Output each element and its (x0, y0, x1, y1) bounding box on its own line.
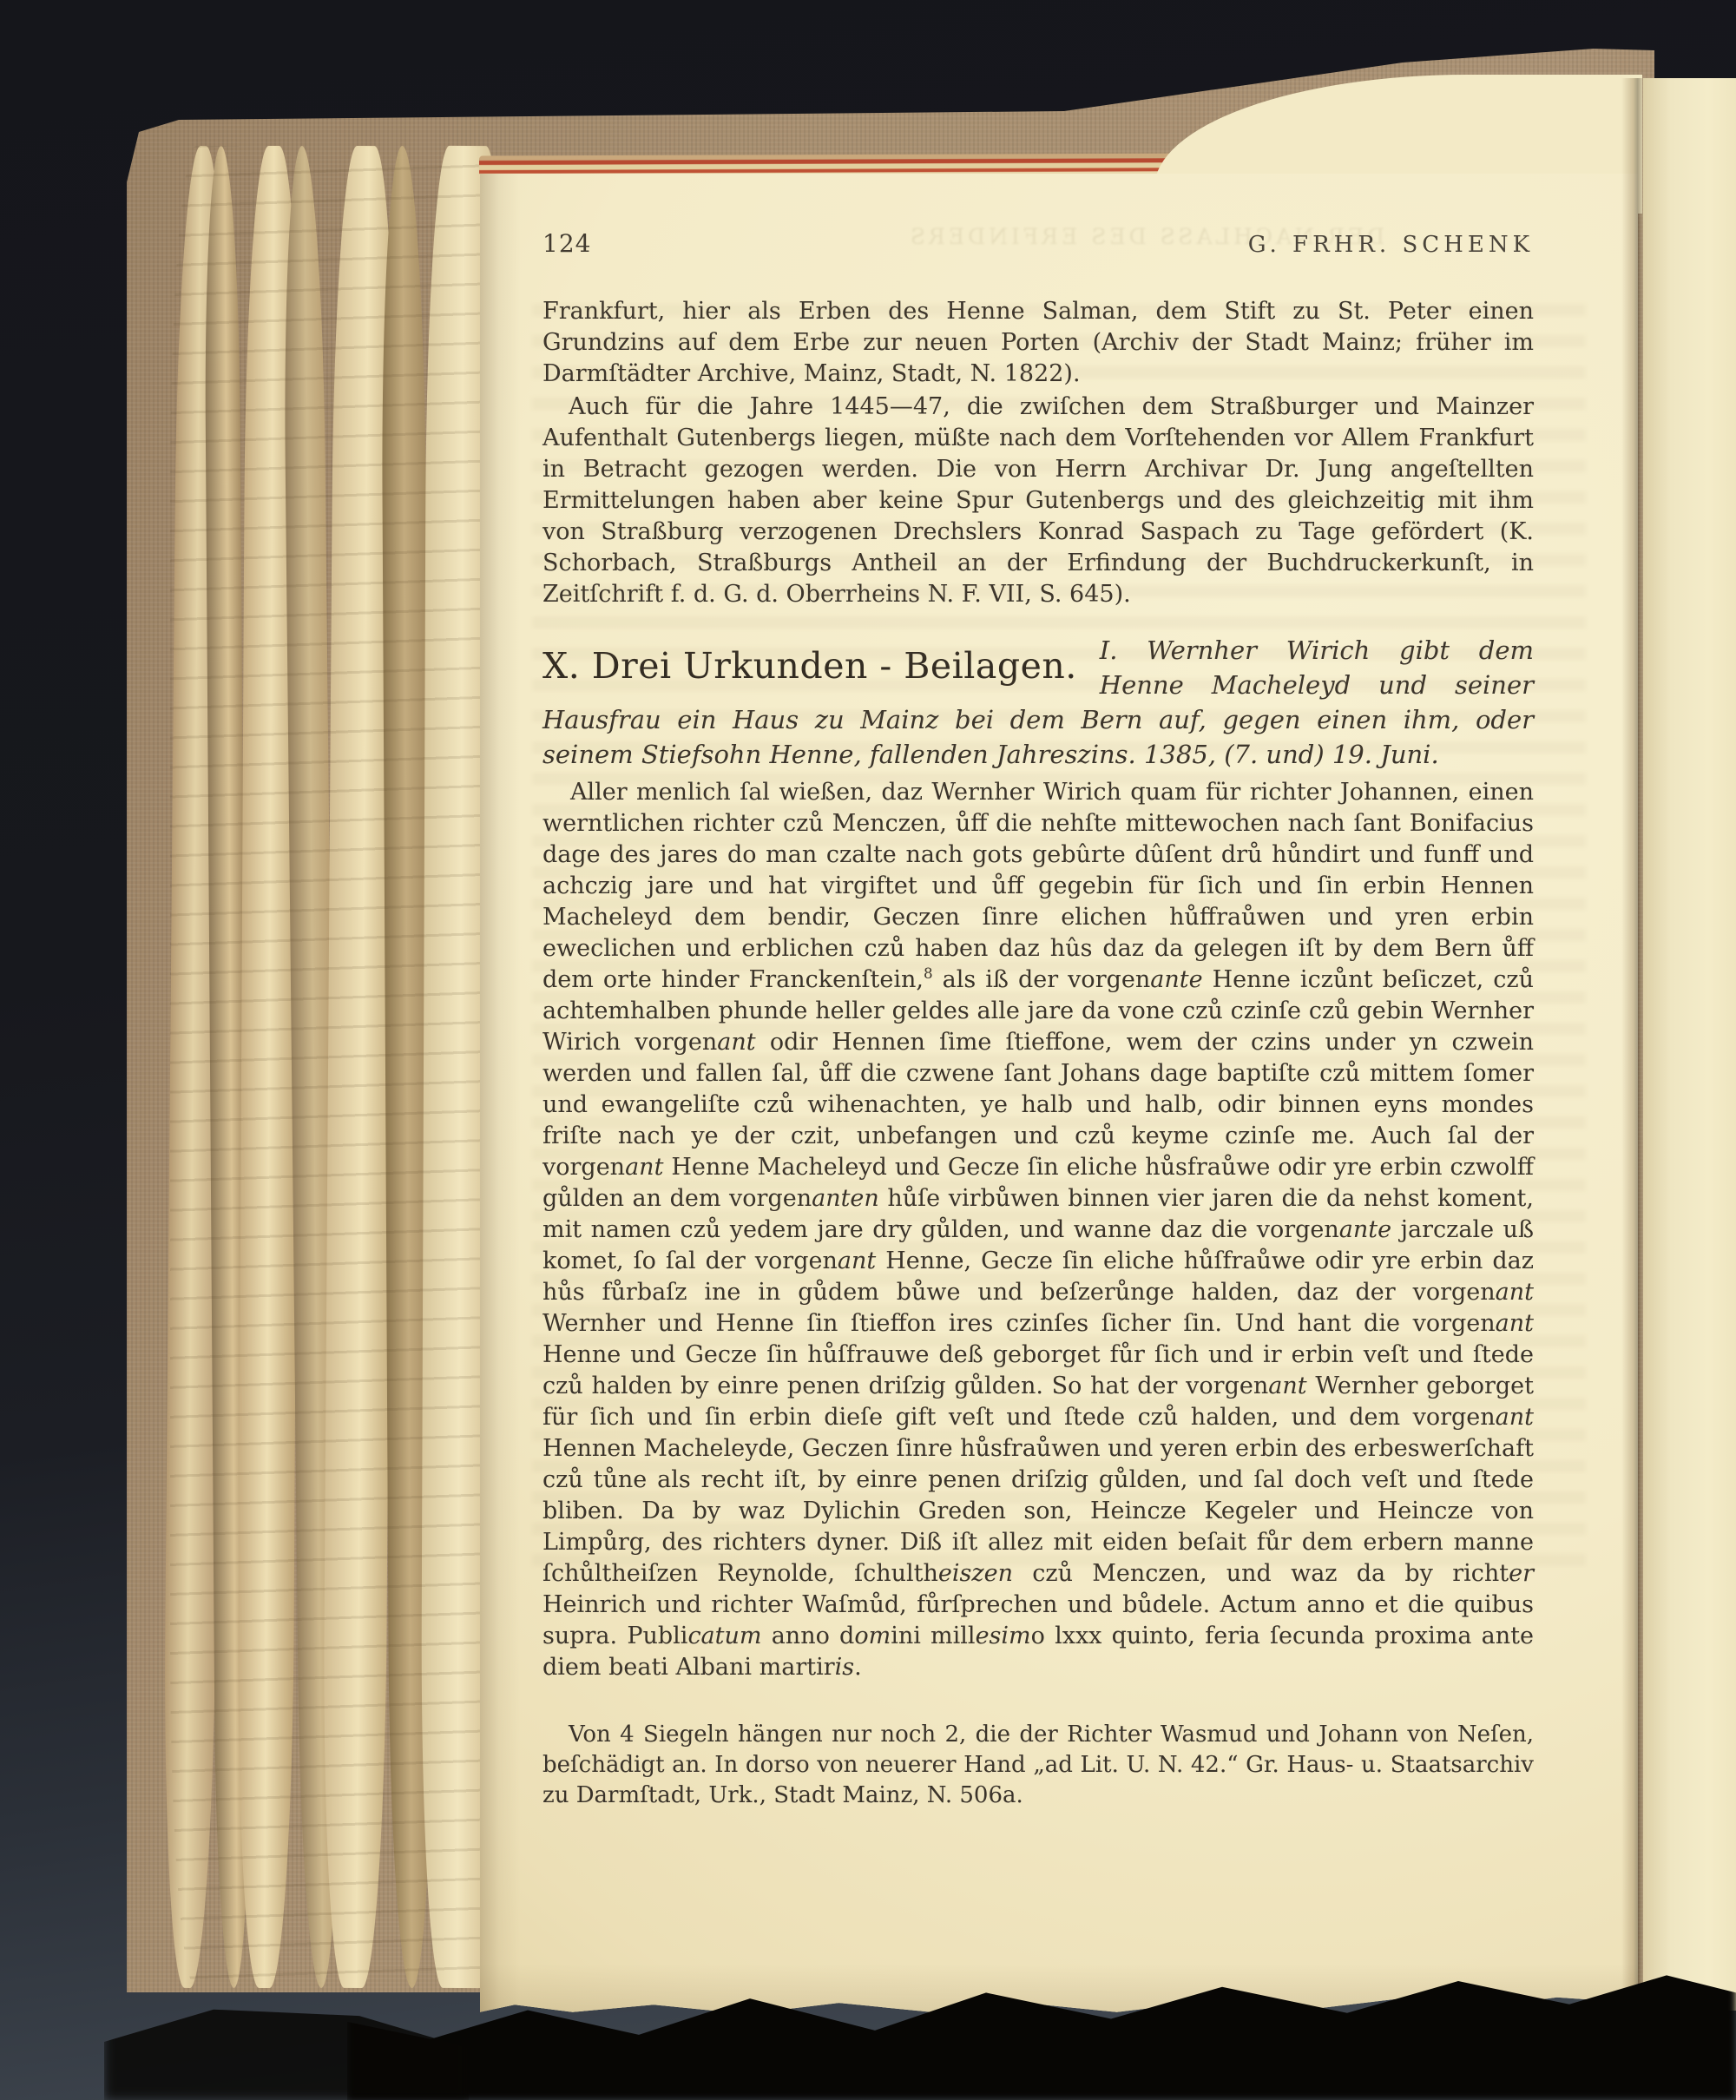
section-block: X. Drei Urkunden - Beilagen. I. Wernher … (542, 633, 1534, 772)
running-head: G. FRHR. SCHENK (1248, 232, 1534, 258)
facing-page-sliver (1643, 78, 1736, 2011)
book-page: DER NACHLASS DES ERFINDERS 124 G. FRHR. … (480, 174, 1638, 2016)
deckle-strip (162, 146, 229, 1988)
paragraph-gutenberg: Auch für die Jahre 1445—47, die zwiſchen… (542, 392, 1534, 610)
section-subtitle: I. Wernher Wirich gibt dem Henne Machele… (542, 633, 1534, 772)
deckle-strip (322, 146, 398, 1988)
deckle-strip (204, 146, 252, 1988)
photo-of-open-book: { "palette":{ "background_dark":"#17181d… (0, 0, 1736, 2100)
paragraph-frankfurt: Frankfurt, hier als Erben des Henne Salm… (542, 296, 1534, 390)
deckle-strip (282, 146, 341, 1988)
seal-note: Von 4 Siegeln hängen nur noch 2, die der… (542, 1720, 1534, 1811)
section-heading: X. Drei Urkunden - Beilagen. (542, 645, 1077, 687)
page-stack-fore-edges (170, 146, 505, 1988)
page-header: 124 G. FRHR. SCHENK (542, 229, 1534, 258)
page-number: 124 (542, 229, 591, 258)
body-text: Frankfurt, hier als Erben des Henne Salm… (542, 296, 1534, 1813)
deckle-strip (380, 146, 433, 1988)
deckle-strip (236, 146, 301, 1988)
charter-transcription: Aller menlich ſal wießen, daz Wernher Wi… (542, 777, 1534, 1683)
